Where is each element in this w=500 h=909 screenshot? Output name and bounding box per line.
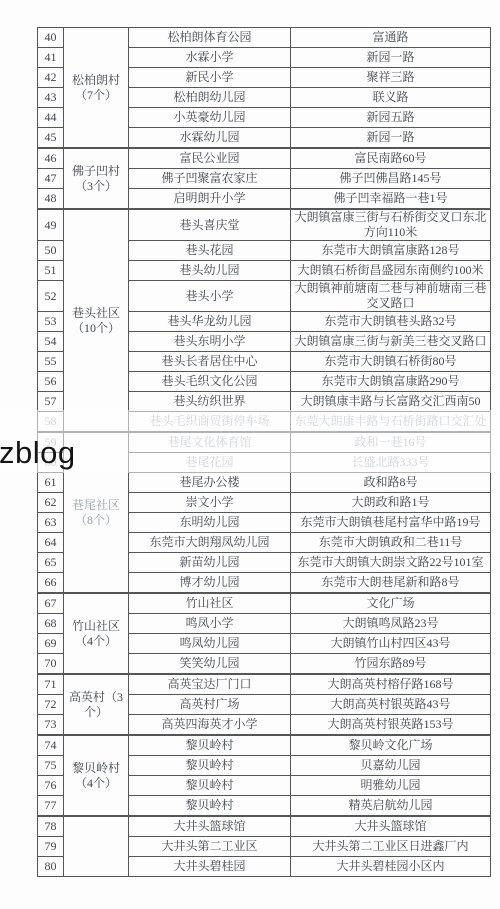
venue-address: 东莞市大朗镇富康路290号 <box>291 372 491 392</box>
venue-address: 黎贝岭文化广场 <box>291 735 491 756</box>
venue-address: 大朗镇富康三街与新美三巷交叉路口 <box>291 332 491 352</box>
row-number: 69 <box>38 634 64 654</box>
venue-address: 东莞市大朗镇大朗崇文路22号101室 <box>291 553 491 573</box>
venue-address: 大朗高英村榕仔路168号 <box>291 674 491 695</box>
table-row: 67 竹山社区（4个）竹山社区 文化广场 <box>38 593 491 614</box>
venue-address: 联义路 <box>291 88 491 108</box>
group-cell: 黎贝岭村（4个） <box>64 735 129 816</box>
venue-name: 松柏朗体育公园 <box>129 28 291 48</box>
table-row: 46 佛子凹村（3个）富民公业园 富民南路60号 <box>38 148 491 169</box>
row-number: 61 <box>38 473 64 493</box>
table-row: 71 高英村（3个）高英宝达厂门口 大朗高英村榕仔路168号 <box>38 674 491 695</box>
row-number: 46 <box>38 148 64 169</box>
venue-name: 富民公业园 <box>129 148 291 169</box>
venue-address: 富民南路60号 <box>291 148 491 169</box>
venue-name: 水霖幼儿园 <box>129 128 291 149</box>
row-number: 42 <box>38 68 64 88</box>
row-number: 70 <box>38 654 64 675</box>
venue-name: 新民小学 <box>129 68 291 88</box>
row-number: 64 <box>38 533 64 553</box>
venue-name: 巷头花园 <box>129 241 291 261</box>
venue-address: 大朗镇康丰路与长富路交汇西南50 <box>291 392 491 412</box>
venue-address: 富通路 <box>291 28 491 48</box>
table-row: 74 黎贝岭村（4个）黎贝岭村 黎贝岭文化广场 <box>38 735 491 756</box>
venue-name: 鸣凤幼儿园 <box>129 634 291 654</box>
venue-name: 巷头幼儿园 <box>129 261 291 281</box>
venue-name: 佛子凹聚富农家庄 <box>129 169 291 189</box>
venue-address: 贝嘉幼儿园 <box>291 756 491 776</box>
row-number: 74 <box>38 735 64 756</box>
venue-address: 大朗政和路1号 <box>291 493 491 513</box>
table-row: 40 松柏朗村（7个）松柏朗体育公园 富通路 <box>38 28 491 48</box>
row-number: 56 <box>38 372 64 392</box>
group-cell <box>64 816 129 877</box>
venue-name: 东明幼儿园 <box>129 513 291 533</box>
venue-name: 小英豪幼儿园 <box>129 108 291 128</box>
venue-name: 巷头喜庆堂 <box>129 209 291 241</box>
row-number: 62 <box>38 493 64 513</box>
group-cell: 竹山社区（4个） <box>64 593 129 674</box>
venue-name: 启明朗升小学 <box>129 189 291 210</box>
venue-address: 东莞大朗康丰路与石桥街路口交汇处 <box>291 412 491 433</box>
row-number: 80 <box>38 857 64 877</box>
venue-address: 大井头第二工业区日进鑫厂内 <box>291 837 491 857</box>
venue-address: 长盛北路333号 <box>291 453 491 473</box>
venues-table: 40 松柏朗村（7个）松柏朗体育公园 富通路 41 水霖小学 新园一路 42 新… <box>37 27 491 877</box>
row-number: 79 <box>38 837 64 857</box>
venue-address: 大朗镇富康三街与石桥街交叉口东北方向110米 <box>291 209 491 241</box>
venue-address: 东莞市大朗镇巷尾村富华中路19号 <box>291 513 491 533</box>
venue-address: 聚祥三路 <box>291 68 491 88</box>
row-number: 77 <box>38 796 64 817</box>
row-number: 55 <box>38 352 64 372</box>
row-number: 72 <box>38 695 64 715</box>
venue-name: 巷尾文化体育馆 <box>129 432 291 453</box>
venue-address: 东莞市大朗镇石桥街80号 <box>291 352 491 372</box>
table-row: 49 巷头社区（10个）巷头喜庆堂 大朗镇富康三街与石桥街交叉口东北方向110米 <box>38 209 491 241</box>
venue-address: 精英启航幼儿园 <box>291 796 491 817</box>
group-cell: 巷头社区（10个） <box>64 209 129 432</box>
venue-address: 政和一巷16号 <box>291 432 491 453</box>
venue-address: 大朗镇神前塘南二巷与神前塘南三巷交叉路口 <box>291 281 491 312</box>
venue-address: 东莞市大朗镇巷头路32号 <box>291 312 491 332</box>
venue-name: 高英村广场 <box>129 695 291 715</box>
row-number: 58 <box>38 412 64 433</box>
venue-address: 大朗镇鸣凤路23号 <box>291 614 491 634</box>
row-number: 71 <box>38 674 64 695</box>
row-number: 43 <box>38 88 64 108</box>
venue-name: 新苗幼儿园 <box>129 553 291 573</box>
watermark-text: zblog <box>0 437 76 468</box>
venue-name: 鸣凤小学 <box>129 614 291 634</box>
row-number: 73 <box>38 715 64 736</box>
row-number: 78 <box>38 816 64 837</box>
venue-name: 水霖小学 <box>129 48 291 68</box>
document-page: 40 松柏朗村（7个）松柏朗体育公园 富通路 41 水霖小学 新园一路 42 新… <box>0 0 500 909</box>
venue-address: 大朗高英村银英路153号 <box>291 715 491 736</box>
group-cell: 高英村（3个） <box>64 674 129 735</box>
table-row: 59 巷尾社区（8个）巷尾文化体育馆 政和一巷16号 <box>38 432 491 453</box>
row-number: 65 <box>38 553 64 573</box>
row-number: 51 <box>38 261 64 281</box>
row-number: 75 <box>38 756 64 776</box>
venue-name: 巷头小学 <box>129 281 291 312</box>
venue-address: 大朗镇石桥街昌盛园东南侧约100米 <box>291 261 491 281</box>
venue-address: 大井头碧桂园小区内 <box>291 857 491 877</box>
venue-name: 高英宝达厂门口 <box>129 674 291 695</box>
row-number: 54 <box>38 332 64 352</box>
venue-address: 新园五路 <box>291 108 491 128</box>
venue-name: 巷头华龙幼儿园 <box>129 312 291 332</box>
venue-address: 东莞市大朗镇富康路128号 <box>291 241 491 261</box>
row-number: 76 <box>38 776 64 796</box>
venue-name: 巷头毛织文化公园 <box>129 372 291 392</box>
venue-name: 巷头毛织商贸街停车场 <box>129 412 291 433</box>
row-number: 41 <box>38 48 64 68</box>
venue-address: 东莞市大朗镇政和二巷11号 <box>291 533 491 553</box>
venue-address: 政和路8号 <box>291 473 491 493</box>
venue-name: 大井头第二工业区 <box>129 837 291 857</box>
row-number: 50 <box>38 241 64 261</box>
venue-name: 黎贝岭村 <box>129 756 291 776</box>
row-number: 52 <box>38 281 64 312</box>
venue-address: 文化广场 <box>291 593 491 614</box>
row-number: 68 <box>38 614 64 634</box>
venue-name: 松柏朗幼儿园 <box>129 88 291 108</box>
row-number: 49 <box>38 209 64 241</box>
venue-address: 竹园东路89号 <box>291 654 491 675</box>
row-number: 63 <box>38 513 64 533</box>
venue-name: 大井头碧桂园 <box>129 857 291 877</box>
venue-name: 笑笑幼儿园 <box>129 654 291 675</box>
row-number: 40 <box>38 28 64 48</box>
venue-address: 大朗高英村银英路43号 <box>291 695 491 715</box>
venue-name: 大井头篮球馆 <box>129 816 291 837</box>
row-number: 57 <box>38 392 64 412</box>
venue-name: 东莞市大朗翔凤幼儿园 <box>129 533 291 553</box>
venue-name: 巷尾办公楼 <box>129 473 291 493</box>
row-number: 48 <box>38 189 64 210</box>
venue-name: 黎贝岭村 <box>129 796 291 817</box>
venue-address: 新园一路 <box>291 128 491 149</box>
venue-name: 巷头长者居住中心 <box>129 352 291 372</box>
venue-address: 东莞市大朗巷尾新和路8号 <box>291 573 491 594</box>
venue-address: 佛子凹幸福路一巷1号 <box>291 189 491 210</box>
venue-name: 高英四海英才小学 <box>129 715 291 736</box>
row-number: 44 <box>38 108 64 128</box>
row-number: 66 <box>38 573 64 594</box>
venue-table-body: 40 松柏朗村（7个）松柏朗体育公园 富通路 41 水霖小学 新园一路 42 新… <box>38 28 491 877</box>
venue-name: 巷头纺织世界 <box>129 392 291 412</box>
row-number: 45 <box>38 128 64 149</box>
venue-name: 博才幼儿园 <box>129 573 291 594</box>
venue-name: 巷头东明小学 <box>129 332 291 352</box>
table-row: 78 大井头篮球馆 大井头篮球馆 <box>38 816 491 837</box>
venue-address: 新园一路 <box>291 48 491 68</box>
venue-address: 大井头篮球馆 <box>291 816 491 837</box>
venue-name: 黎贝岭村 <box>129 776 291 796</box>
venue-name: 黎贝岭村 <box>129 735 291 756</box>
venue-address: 佛子凹佛昌路145号 <box>291 169 491 189</box>
row-number: 67 <box>38 593 64 614</box>
venue-name: 巷尾花园 <box>129 453 291 473</box>
venue-name: 崇文小学 <box>129 493 291 513</box>
group-cell: 佛子凹村（3个） <box>64 148 129 209</box>
venue-name: 竹山社区 <box>129 593 291 614</box>
venue-address: 大朗镇竹山村四区43号 <box>291 634 491 654</box>
group-cell: 松柏朗村（7个） <box>64 28 129 149</box>
venue-address: 明雅幼儿园 <box>291 776 491 796</box>
row-number: 47 <box>38 169 64 189</box>
row-number: 53 <box>38 312 64 332</box>
